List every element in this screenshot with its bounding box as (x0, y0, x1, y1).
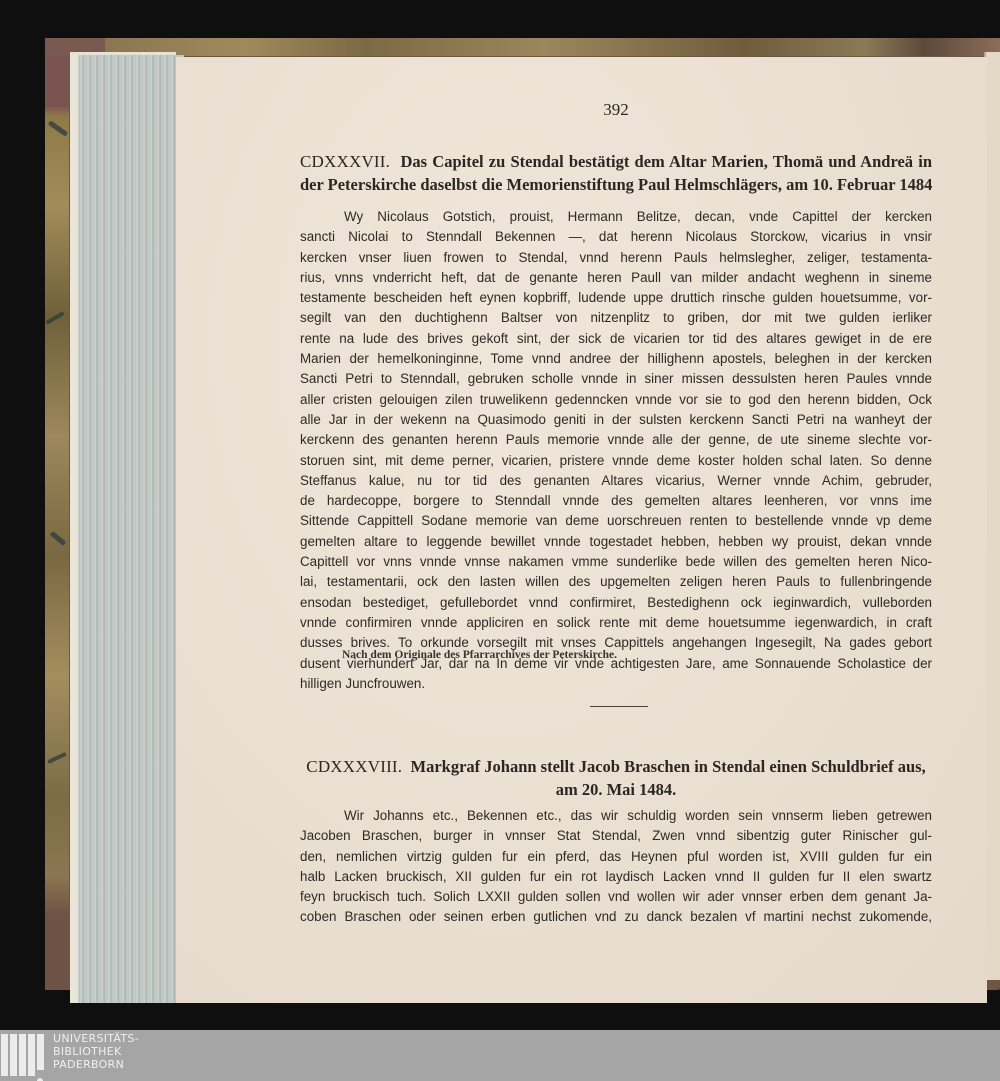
text-line: Sancti Petri to Stenndall, gebruken scho… (300, 369, 932, 389)
marbled-cover-left (45, 56, 69, 990)
text-line: de hardecoppe, borgere to Stenndall vnnd… (300, 491, 932, 511)
text-line: storuen sint, mit deme perner, vicarien,… (300, 451, 932, 471)
text-line: kercken vnser liuen frowen to Stendal, v… (300, 248, 932, 268)
heading-text: Das Capitel zu Stendal bestätigt dem Alt… (401, 152, 933, 171)
text-line: Jacoben Braschen, burger in vnnser Stat … (300, 826, 932, 846)
heading-line: CDXXXVII. Das Capitel zu Stendal bestäti… (300, 150, 932, 173)
text-line: kerckenn des genanten herenn Pauls memor… (300, 430, 932, 450)
text-line: Wir Johanns etc., Bekennen etc., das wir… (300, 806, 932, 826)
heading-line: CDXXXVIII. Markgraf Johann stellt Jacob … (300, 755, 932, 778)
text-line: Wy Nicolaus Gotstich, prouist, Hermann B… (300, 207, 932, 227)
marbled-cover-top (45, 38, 1000, 56)
logo-line: PADERBORN (53, 1058, 139, 1071)
page-fore-edge (70, 55, 184, 1003)
text-line: testamente bescheiden heft eynen kopbrif… (300, 288, 932, 308)
text-line: Steffanus kalue, nu tor tid des genanten… (300, 471, 932, 491)
section-divider (590, 706, 648, 707)
text-line: Capittell vor vnns vnnde vnnse nakamen v… (300, 552, 932, 572)
footer-bar (0, 1030, 1000, 1081)
document-number: CDXXXVIII. (306, 757, 402, 776)
text-line: aller cristen gelouigen zilen truweliken… (300, 390, 932, 410)
document-heading-2: CDXXXVIII. Markgraf Johann stellt Jacob … (300, 755, 932, 801)
text-line: den, nemlichen virtzig gulden fur ein pf… (300, 847, 932, 867)
text-line: rente na lude des brives gekoft sint, de… (300, 329, 932, 349)
page-number: 392 (300, 100, 932, 120)
heading-line: der Peterskirche daselbst die Memorienst… (300, 173, 932, 196)
text-line: sancti Nicolai to Stenndall Bekennen —, … (300, 227, 932, 247)
document-heading-1: CDXXXVII. Das Capitel zu Stendal bestäti… (300, 150, 932, 196)
text-line: rius, vnns vnderricht heft, dat de genan… (300, 268, 932, 288)
text-line: coben Braschen oder seinen erben gutlich… (300, 907, 932, 927)
heading-text: Markgraf Johann stellt Jacob Braschen in… (411, 757, 926, 776)
text-line: segilt van den duchtighenn Baltser von n… (300, 308, 932, 328)
source-note: Nach dem Originale des Pfarrarchives der… (342, 649, 617, 661)
text-line: Sittende Cappittell Sodane memorie van d… (300, 511, 932, 531)
logo-line: UNIVERSITÄTS- (53, 1032, 139, 1045)
library-bars-icon (0, 1034, 44, 1081)
text-line: feyn bruckisch tuch. Solich LXXII gulden… (300, 887, 932, 907)
document-body-1: Wy Nicolaus Gotstich, prouist, Hermann B… (300, 207, 932, 694)
text-line: ensodan bestediget, gefullebordet vnnd c… (300, 593, 932, 613)
text-line: lai, testamentarii, ock den lasten wille… (300, 572, 932, 592)
text-line: alle Jar in der wekenn na Quasimodo geni… (300, 410, 932, 430)
text-line: Marien der hemelkoninginne, Tome vnnd an… (300, 349, 932, 369)
library-logo-text: UNIVERSITÄTS- BIBLIOTHEK PADERBORN (53, 1032, 139, 1071)
text-line: hilligen Juncfrouwen. (300, 674, 932, 694)
text-line: gemelten altare to leggende bewillet vnn… (300, 532, 932, 552)
text-line: halb Lacken bruckisch, XII gulden fur ei… (300, 867, 932, 887)
document-number: CDXXXVII. (300, 152, 390, 171)
document-body-2: Wir Johanns etc., Bekennen etc., das wir… (300, 806, 932, 928)
logo-line: BIBLIOTHEK (53, 1045, 139, 1058)
heading-line: am 20. Mai 1484. (300, 778, 932, 801)
text-line: vnnde confirmiren vnnde appliciren en so… (300, 613, 932, 633)
